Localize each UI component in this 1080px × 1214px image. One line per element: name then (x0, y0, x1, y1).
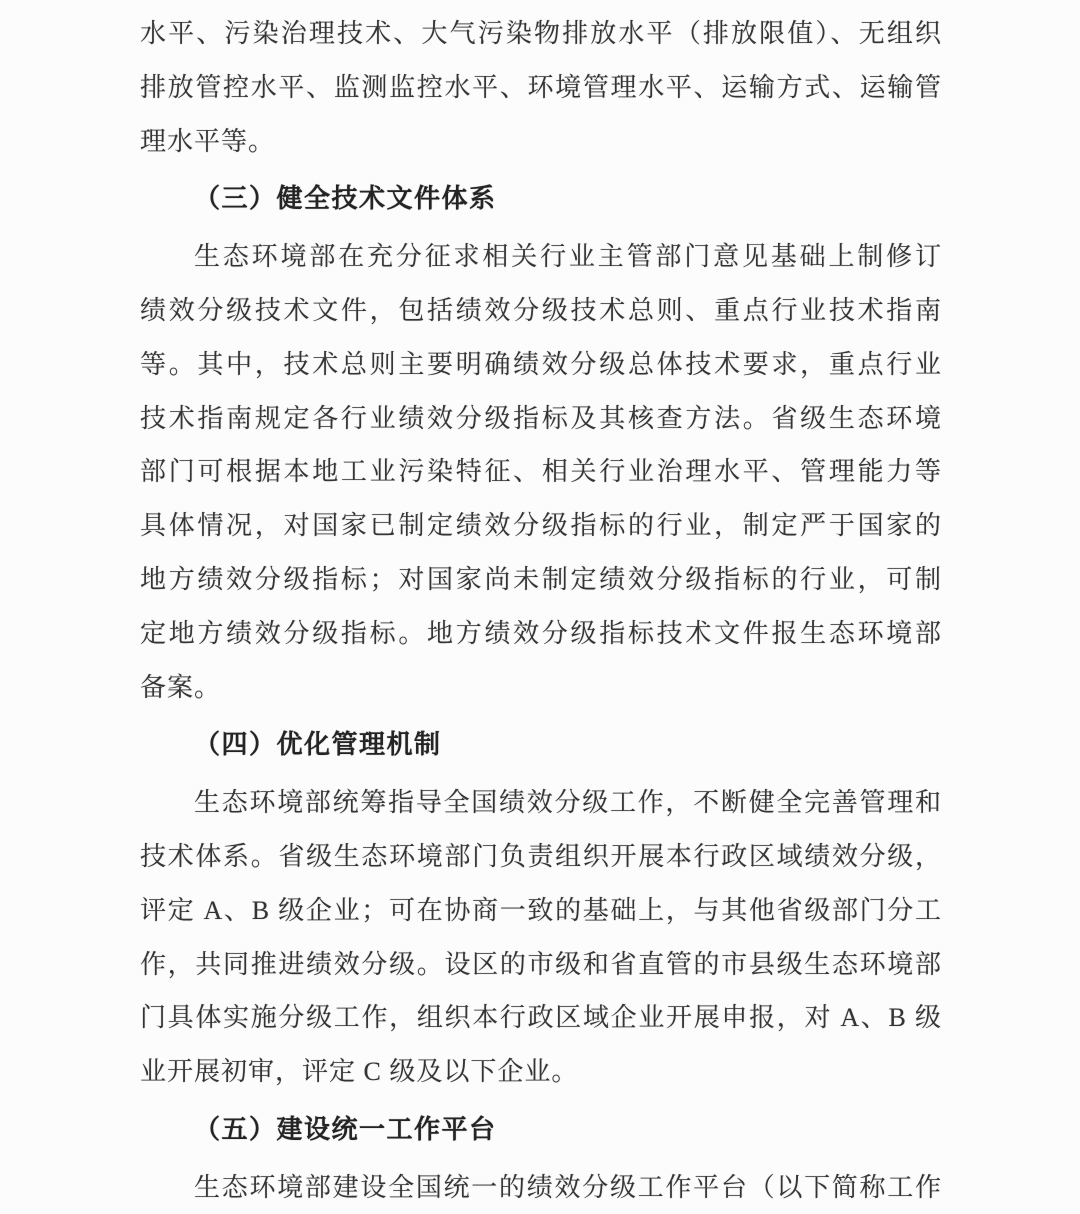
paragraph-line: 绩效分级技术文件，包括绩效分级技术总则、重点行业技术指南 (140, 284, 942, 338)
paragraph-line: 定地方绩效分级指标。地方绩效分级指标技术文件报生态环境部 (140, 607, 942, 661)
section-heading-3: （三）健全技术文件体系 (140, 172, 942, 226)
section-heading-5: （五）建设统一工作平台 (140, 1103, 942, 1157)
paragraph-line: 地方绩效分级指标；对国家尚未制定绩效分级指标的行业，可制 (140, 553, 942, 607)
section-heading-4: （四）优化管理机制 (140, 718, 942, 772)
paragraph-line: 技术指南规定各行业绩效分级指标及其核查方法。省级生态环境 (140, 392, 942, 446)
paragraph-line: 技术体系。省级生态环境部门负责组织开展本行政区域绩效分级， (140, 830, 942, 884)
document-page: 水平、污染治理技术、大气污染物排放水平（排放限值）、无组织 排放管控水平、监测监… (0, 0, 1080, 1214)
paragraph-line: 备案。 (140, 661, 942, 715)
paragraph-line: 等。其中，技术总则主要明确绩效分级总体技术要求，重点行业 (140, 338, 942, 392)
paragraph-line: 生态环境部统筹指导全国绩效分级工作，不断健全完善管理和 (140, 776, 942, 830)
paragraph-line: 部门可根据本地工业污染特征、相关行业治理水平、管理能力等 (140, 445, 942, 499)
paragraph-line: 门具体实施分级工作，组织本行政区域企业开展申报，对 A、B 级企 (140, 991, 942, 1045)
paragraph-line: 作，共同推进绩效分级。设区的市级和省直管的市县级生态环境部 (140, 938, 942, 992)
paragraph-line: 评定 A、B 级企业；可在协商一致的基础上，与其他省级部门分工协 (140, 884, 942, 938)
paragraph-line: 水平、污染治理技术、大气污染物排放水平（排放限值）、无组织 (140, 7, 942, 61)
document-text-column: 水平、污染治理技术、大气污染物排放水平（排放限值）、无组织 排放管控水平、监测监… (0, 0, 1080, 1214)
paragraph-line: 具体情况，对国家已制定绩效分级指标的行业，制定严于国家的 (140, 499, 942, 553)
paragraph-line: 排放管控水平、监测监控水平、环境管理水平、运输方式、运输管 (140, 61, 942, 115)
paragraph-line: 理水平等。 (140, 115, 942, 169)
paragraph-line: 生态环境部建设全国统一的绩效分级工作平台（以下简称工作 (140, 1161, 942, 1214)
paragraph-line: 生态环境部在充分征求相关行业主管部门意见基础上制修订 (140, 230, 942, 284)
paragraph-line: 业开展初审，评定 C 级及以下企业。 (140, 1045, 942, 1099)
